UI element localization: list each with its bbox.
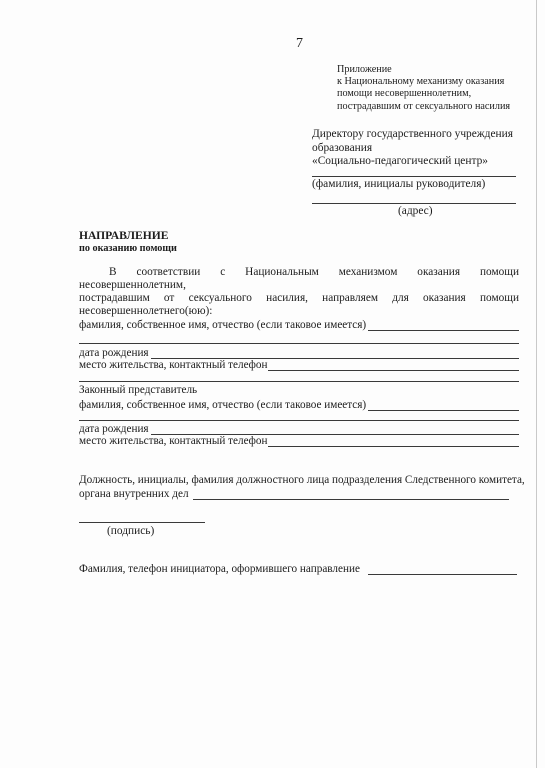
intro-line: несовершеннолетнего(юю):	[79, 305, 519, 318]
appendix-line: помощи несовершеннолетним,	[337, 88, 510, 100]
head-name-caption: (фамилия, инициалы руководителя)	[312, 178, 485, 190]
minor-full-name-row: фамилия, собственное имя, отчество (если…	[79, 318, 519, 331]
appendix-line: Приложение	[337, 64, 510, 76]
minor-residence-row: место жительства, контактный телефон	[79, 358, 519, 371]
official-field[interactable]	[193, 488, 509, 500]
head-name-field[interactable]	[312, 176, 516, 177]
signature-caption: (подпись)	[107, 525, 154, 537]
initiator-row: Фамилия, телефон инициатора, оформившего…	[79, 562, 517, 575]
minor-full-name-field[interactable]	[368, 319, 519, 331]
document-page: 7 Приложение к Национальному механизму о…	[0, 0, 545, 768]
legal-representative-heading: Законный представитель	[79, 384, 197, 396]
intro-line: пострадавшим от сексуального насилия, на…	[79, 292, 519, 305]
intro-line: В соответствии с Национальным механизмом…	[79, 266, 519, 292]
address-caption: (адрес)	[398, 205, 433, 217]
signature-field[interactable]	[79, 522, 205, 523]
document-subtitle: по оказанию помощи	[79, 243, 177, 254]
official-label-line1: Должность, инициалы, фамилия должностног…	[79, 474, 525, 486]
rep-residence-field[interactable]	[268, 435, 520, 447]
appendix-line: к Национальному механизму оказания	[337, 76, 510, 88]
addressee-line: «Социально-педагогический центр»	[312, 155, 513, 169]
rep-full-name-label: фамилия, собственное имя, отчество (если…	[79, 399, 366, 411]
rep-residence-label: место жительства, контактный телефон	[79, 435, 268, 447]
appendix-line: пострадавшим от сексуального насилия	[337, 101, 510, 113]
page-number: 7	[296, 36, 303, 52]
appendix-note: Приложение к Национальному механизму ока…	[337, 64, 510, 113]
initiator-field[interactable]	[368, 563, 517, 575]
addressee-line: Директору государственного учреждения	[312, 128, 513, 142]
document-title: НАПРАВЛЕНИЕ	[79, 229, 169, 242]
minor-full-name-label: фамилия, собственное имя, отчество (если…	[79, 319, 366, 331]
rep-full-name-field[interactable]	[368, 399, 519, 411]
official-row: органа внутренних дел	[79, 487, 509, 500]
addressee-line: образования	[312, 142, 513, 156]
minor-residence-field-continued[interactable]	[79, 381, 519, 382]
rep-full-name-field-continued[interactable]	[79, 420, 519, 421]
addressee-block: Директору государственного учреждения об…	[312, 128, 513, 169]
official-label-line2: органа внутренних дел	[79, 488, 189, 500]
rep-residence-row: место жительства, контактный телефон	[79, 434, 519, 447]
rep-full-name-row: фамилия, собственное имя, отчество (если…	[79, 398, 519, 411]
initiator-label: Фамилия, телефон инициатора, оформившего…	[79, 563, 360, 575]
address-field[interactable]	[312, 203, 516, 204]
intro-paragraph: В соответствии с Национальным механизмом…	[79, 266, 519, 318]
page-edge	[536, 0, 537, 768]
minor-full-name-field-continued[interactable]	[79, 343, 519, 344]
minor-residence-field[interactable]	[268, 359, 520, 371]
minor-residence-label: место жительства, контактный телефон	[79, 359, 268, 371]
